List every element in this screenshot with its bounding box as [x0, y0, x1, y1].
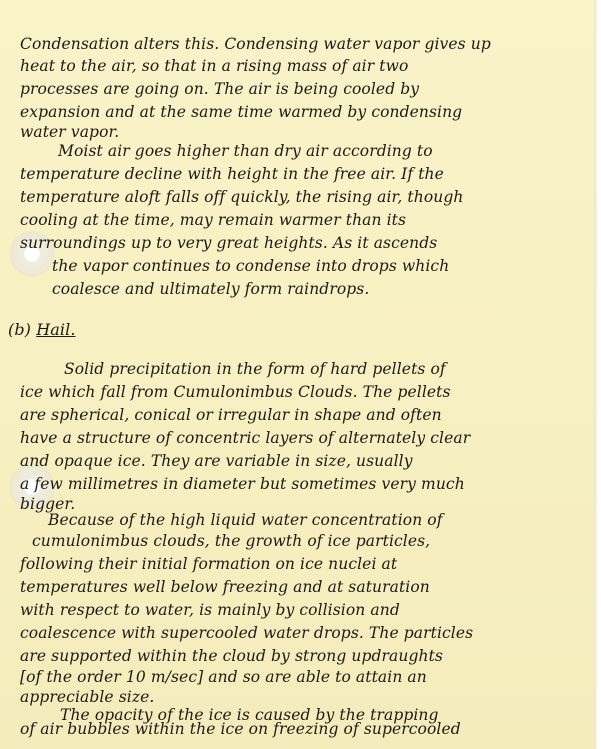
text-line: ice which fall from Cumulonimbus Clouds.…: [20, 383, 451, 401]
text-line: coalescence with supercooled water drops…: [20, 624, 473, 642]
text-line: with respect to water, is mainly by coll…: [20, 601, 400, 619]
text-line: heat to the air, so that in a rising mas…: [20, 57, 408, 75]
text-line: following their initial formation on ice…: [20, 555, 397, 573]
text-line: are supported within the cloud by strong…: [20, 647, 443, 665]
text-line: water vapor.: [20, 123, 119, 141]
text-line: have a structure of concentric layers of…: [20, 429, 470, 447]
text-line: cumulonimbus clouds, the growth of ice p…: [32, 532, 430, 550]
text-line: cooling at the time, may remain warmer t…: [20, 211, 406, 229]
text-line: temperature aloft falls off quickly, the…: [20, 188, 463, 206]
text-line: temperatures well below freezing and at …: [20, 578, 430, 596]
text-line: appreciable size.: [20, 688, 154, 706]
text-line: Condensation alters this. Condensing wat…: [20, 35, 491, 53]
text-line: Solid precipitation in the form of hard …: [64, 360, 446, 378]
section-title: Hail.: [36, 320, 75, 339]
section-heading: (b) Hail.: [8, 320, 76, 339]
text-line: Because of the high liquid water concent…: [48, 511, 443, 529]
text-line: surroundings up to very great heights. A…: [20, 234, 437, 252]
text-line: expansion and at the same time warmed by…: [20, 103, 462, 121]
notebook-page: Condensation alters this. Condensing wat…: [0, 0, 594, 749]
text-line: the vapor continues to condense into dro…: [52, 257, 449, 275]
text-line: [of the order 10 m/sec] and so are able …: [20, 668, 427, 686]
text-line: are spherical, conical or irregular in s…: [20, 406, 442, 424]
text-line: coalesce and ultimately form raindrops.: [52, 280, 369, 298]
section-label: (b): [8, 320, 31, 339]
text-line: Moist air goes higher than dry air accor…: [58, 142, 433, 160]
text-line: a few millimetres in diameter but someti…: [20, 475, 465, 493]
text-line: of air bubbles within the ice on freezin…: [20, 720, 461, 738]
text-line: and opaque ice. They are variable in siz…: [20, 452, 413, 470]
text-line: processes are going on. The air is being…: [20, 80, 419, 98]
page-edge: [594, 0, 601, 749]
text-line: temperature decline with height in the f…: [20, 165, 444, 183]
